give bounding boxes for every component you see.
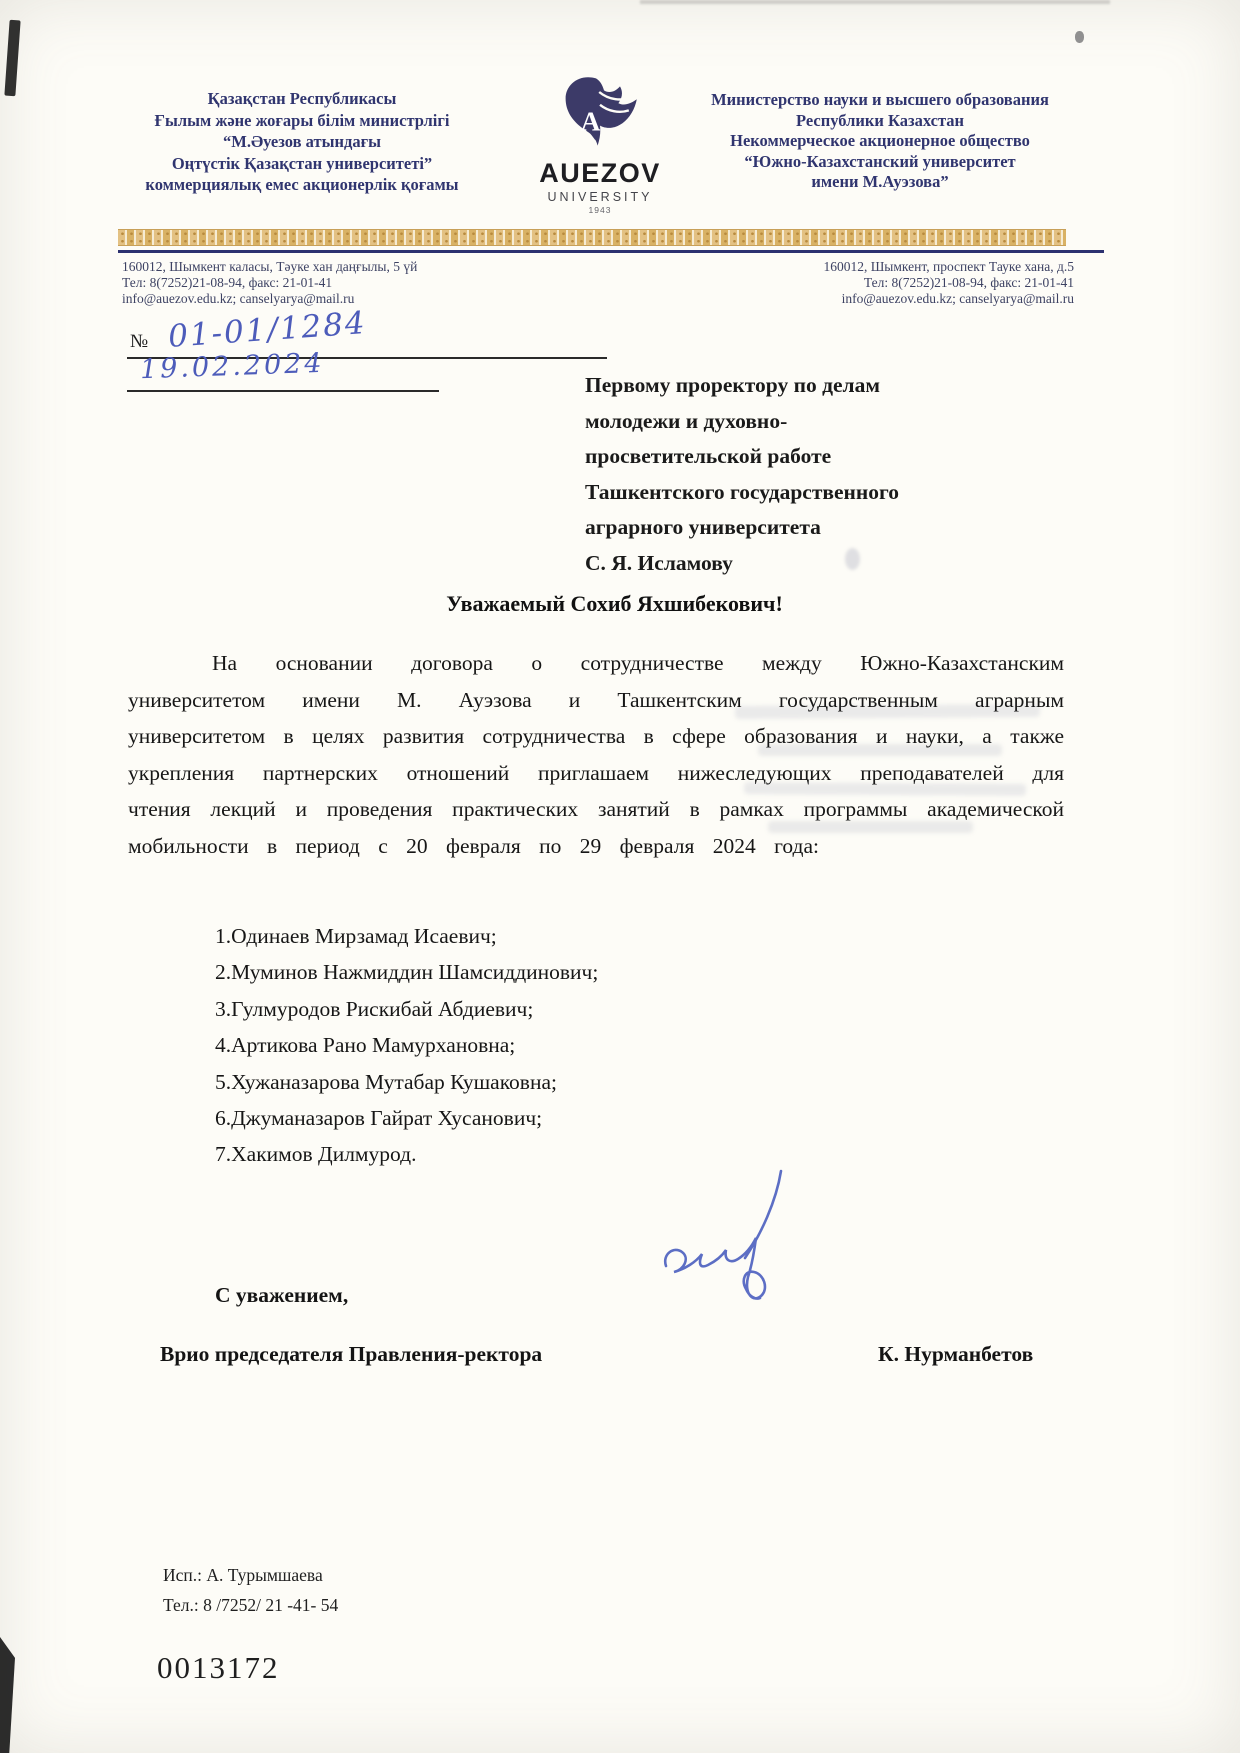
signer-title: Врио председателя Правления-ректора [160,1342,542,1367]
document-serial-number: 0013172 [157,1650,280,1686]
ornament-border [118,229,1066,246]
ref-date-handwritten: 19.02.2024 [140,348,326,385]
recipient-line: молодежи и духовно- [585,404,1055,440]
contact-block-kazakh: 160012, Шымкент каласы, Тәуке хан даңғыл… [122,259,552,307]
ref-number-handwritten: 01-01/1284 [167,305,368,355]
scanned-letter-page: Қазақстан Республикасы Ғылым және жоғары… [0,0,1240,1753]
contact-line: 160012, Шымкент, проспект Тауке хана, д.… [640,259,1074,275]
eagle-icon: A [556,76,644,156]
scan-artifact-top-edge [640,0,1110,4]
org-kz-line: “М.Әуезов атындағы [116,131,488,153]
list-item: 6.Джуманазаров Гайрат Хусанович; [215,1100,598,1136]
signer-name: К. Нурманбетов [878,1342,1033,1367]
org-name-russian: Министерство науки и высшего образования… [662,90,1098,193]
contact-line: 160012, Шымкент каласы, Тәуке хан даңғыл… [122,259,552,275]
org-ru-line: Министерство науки и высшего образования [662,90,1098,111]
signature-scribble [630,1168,820,1328]
contact-line: info@auezov.edu.kz; canselyarya@mail.ru [122,291,552,307]
recipient-block: Первому проректору по делам молодежи и д… [585,368,1055,581]
org-kz-line: коммерциялық емес акционерлік қоғамы [116,174,488,196]
list-item: 3.Гулмуродов Рискибай Абдиевич; [215,991,598,1027]
scan-artifact-top-left [4,20,20,97]
body-paragraph: На основании договора о сотрудничестве м… [128,645,1064,865]
list-item: 5.Хужаназарова Мутабар Кушаковна; [215,1064,598,1100]
divider-line [118,250,1104,253]
ref-underline [127,390,439,392]
recipient-line: Ташкентского государственного [585,475,1055,511]
contact-block-russian: 160012, Шымкент, проспект Тауке хана, д.… [640,259,1074,307]
executor-phone: Тел.: 8 /7252/ 21 -41- 54 [163,1590,338,1620]
org-kz-line: Оңтүстік Қазақстан университеті” [116,153,488,175]
list-item: 7.Хакимов Дилмурод. [215,1136,598,1172]
bleedthrough-mark [845,548,860,570]
recipient-line: С. Я. Исламову [585,546,1055,582]
org-ru-line: имени М.Ауэзова” [662,172,1098,193]
list-item: 1.Одинаев Мирзамад Исаевич; [215,918,598,954]
org-ru-line: “Южно-Казахстанский университет [662,152,1098,173]
svg-text:A: A [581,106,601,136]
recipient-line: аграрного университета [585,510,1055,546]
contact-line: Тел: 8(7252)21-08-94, факс: 21-01-41 [640,275,1074,291]
org-kz-line: Ғылым және жоғары білім министрлігі [116,110,488,132]
logo-year: 1943 [498,205,702,215]
org-ru-line: Некоммерческое акционерное общество [662,131,1098,152]
ref-number-label: № [130,331,148,353]
contact-line: Тел: 8(7252)21-08-94, факс: 21-01-41 [122,275,552,291]
salutation: Уважаемый Сохиб Яхшибекович! [118,591,1066,617]
executor-block: Исп.: А. Турымшаева Тел.: 8 /7252/ 21 -4… [163,1560,338,1620]
contact-line: info@auezov.edu.kz; canselyarya@mail.ru [640,291,1074,307]
org-kz-line: Қазақстан Республикасы [116,88,488,110]
scan-artifact-top-right [1075,31,1084,43]
recipient-line: просветительской работе [585,439,1055,475]
list-item: 2.Муминов Нажмиддин Шамсиддинович; [215,954,598,990]
closing-phrase: С уважением, [215,1283,348,1308]
executor-name: Исп.: А. Турымшаева [163,1560,338,1590]
org-ru-line: Республики Казахстан [662,111,1098,132]
recipient-line: Первому проректору по делам [585,368,1055,404]
lecturer-list: 1.Одинаев Мирзамад Исаевич; 2.Муминов На… [215,918,598,1173]
org-name-kazakh: Қазақстан Республикасы Ғылым және жоғары… [116,88,488,196]
list-item: 4.Артикова Рано Мамурхановна; [215,1027,598,1063]
scan-artifact-bottom-left [0,1637,15,1753]
